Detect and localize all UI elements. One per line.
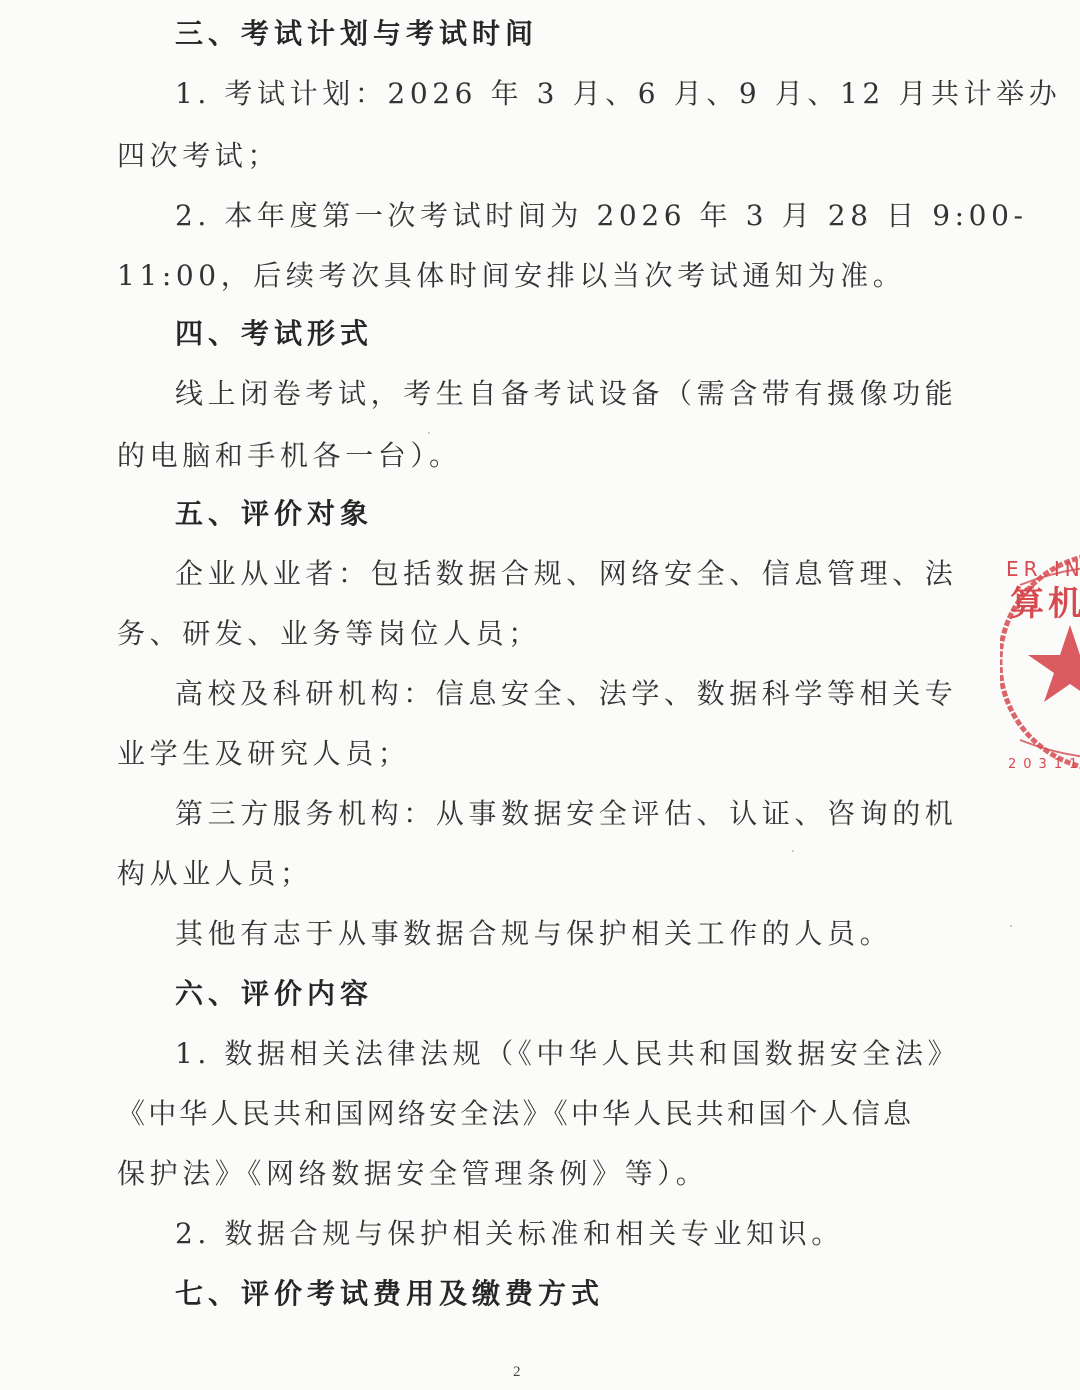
scan-speck <box>1010 925 1012 927</box>
official-seal-stamp: ER IND 算机 20311 <box>1000 540 1080 790</box>
paragraph-line: 企业从业者：包括数据合规、网络安全、信息管理、法 <box>175 554 915 594</box>
scan-speck <box>792 850 794 852</box>
stamp-top-text: ER IND <box>1006 557 1080 581</box>
paragraph-line: 务、研发、业务等岗位人员； <box>117 614 917 654</box>
paragraph-line: 高校及科研机构：信息安全、法学、数据科学等相关专 <box>175 674 915 714</box>
section-heading-7: 七、评价考试费用及缴费方式 <box>175 1274 915 1314</box>
paragraph-line: 的电脑和手机各一台）。 <box>117 436 917 476</box>
stamp-middle-text: 算机 <box>1010 584 1080 624</box>
paragraph-line: 1. 数据相关法律法规（《中华人民共和国数据安全法》 <box>175 1034 915 1074</box>
paragraph-line: 构从业人员； <box>117 854 917 894</box>
paragraph-line: 保护法》《网络数据安全管理条例》等）。 <box>117 1154 917 1194</box>
paragraph-line: 业学生及研究人员； <box>117 734 917 774</box>
paragraph-line: 《中华人民共和国网络安全法》《中华人民共和国个人信息 <box>117 1094 917 1134</box>
paragraph-line: 1. 考试计划：2026 年 3 月、6 月、9 月、12 月共计举办 <box>175 74 915 114</box>
paragraph-line: 其他有志于从事数据合规与保护相关工作的人员。 <box>175 914 915 954</box>
star-icon <box>1028 625 1080 702</box>
section-heading-4: 四、考试形式 <box>175 314 915 354</box>
paragraph-line: 四次考试； <box>117 136 917 176</box>
section-heading-3: 三、考试计划与考试时间 <box>175 14 915 54</box>
paragraph-line: 第三方服务机构：从事数据安全评估、认证、咨询的机 <box>175 794 915 834</box>
scan-speck <box>428 432 430 434</box>
paragraph-line: 11:00，后续考次具体时间安排以当次考试通知为准。 <box>117 256 917 296</box>
section-heading-6: 六、评价内容 <box>175 974 915 1014</box>
stamp-bottom-number: 20311 <box>1008 757 1080 772</box>
document-page: 三、考试计划与考试时间 1. 考试计划：2026 年 3 月、6 月、9 月、1… <box>0 0 1080 1390</box>
scan-speck <box>865 220 867 222</box>
paragraph-line: 线上闭卷考试，考生自备考试设备（需含带有摄像功能 <box>175 374 915 414</box>
page-number: 2 <box>513 1364 521 1381</box>
section-heading-5: 五、评价对象 <box>175 494 915 534</box>
paragraph-line: 2. 数据合规与保护相关标准和相关专业知识。 <box>175 1214 915 1254</box>
paragraph-line: 2. 本年度第一次考试时间为 2026 年 3 月 28 日 9:00- <box>175 196 915 236</box>
